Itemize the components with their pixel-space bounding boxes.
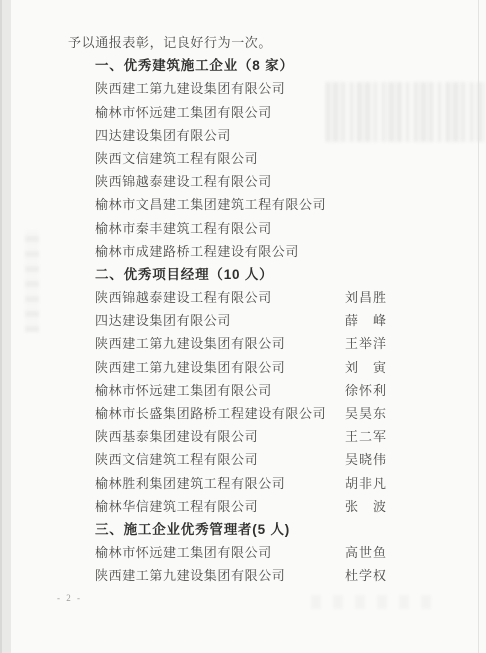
section-heading: 二、优秀项目经理（10 人） [68,263,480,286]
award-row: 榆林市怀远建工集团有限公司 [68,101,480,124]
person-name: 刘 寅 [345,356,387,379]
company-name: 榆林市文昌建工集团建筑工程有限公司 [95,193,345,216]
intro-text: 予以通报表彰，记良好行为一次。 [68,31,480,54]
company-name: 陕西建工第九建设集团有限公司 [95,77,345,100]
person-name: 吴昊东 [345,402,387,425]
company-name: 陕西建工第九建设集团有限公司 [95,332,345,355]
section-heading: 一、优秀建筑施工企业（8 家） [68,54,480,77]
award-row: 榆林华信建筑工程有限公司张 波 [68,495,480,518]
company-name: 榆林市怀远建工集团有限公司 [95,379,345,402]
sections: 一、优秀建筑施工企业（8 家） 陕西建工第九建设集团有限公司 榆林市怀远建工集团… [68,54,480,587]
section-heading: 三、施工企业优秀管理者(5 人) [68,518,480,541]
award-row: 榆林胜利集团建筑工程有限公司胡非凡 [68,472,480,495]
person-name: 吴晓伟 [345,448,387,471]
page-content: 予以通报表彰，记良好行为一次。 一、优秀建筑施工企业（8 家） 陕西建工第九建设… [68,31,480,588]
company-name: 榆林市秦丰建筑工程有限公司 [95,217,345,240]
company-name: 榆林市怀远建工集团有限公司 [95,541,345,564]
page-right-edge [478,0,479,653]
award-row: 榆林市长盛集团路桥工程建设有限公司吴昊东 [68,402,480,425]
person-name: 张 波 [345,495,387,518]
award-row: 陕西锦越泰建设工程有限公司刘昌胜 [68,286,480,309]
company-name: 榆林胜利集团建筑工程有限公司 [95,472,345,495]
award-row: 陕西建工第九建设集团有限公司刘 寅 [68,356,480,379]
person-name: 高世鱼 [345,541,387,564]
award-row: 榆林市文昌建工集团建筑工程有限公司 [68,193,480,216]
company-name: 陕西锦越泰建设工程有限公司 [95,170,345,193]
company-name: 陕西文信建筑工程有限公司 [95,448,345,471]
company-name: 陕西基泰集团建设有限公司 [95,425,345,448]
company-name: 四达建设集团有限公司 [95,124,345,147]
document-page: 予以通报表彰，记良好行为一次。 一、优秀建筑施工企业（8 家） 陕西建工第九建设… [11,0,486,653]
award-row: 陕西建工第九建设集团有限公司 [68,77,480,100]
company-name: 陕西文信建筑工程有限公司 [95,147,345,170]
scanned-document-screenshot: 予以通报表彰，记良好行为一次。 一、优秀建筑施工企业（8 家） 陕西建工第九建设… [0,0,486,653]
award-row: 榆林市成建路桥工程建设有限公司 [68,240,480,263]
award-row: 陕西锦越泰建设工程有限公司 [68,170,480,193]
award-row: 陕西建工第九建设集团有限公司王举洋 [68,332,480,355]
award-row: 榆林市怀远建工集团有限公司高世鱼 [68,541,480,564]
award-row: 陕西基泰集团建设有限公司王二军 [68,425,480,448]
company-name: 榆林华信建筑工程有限公司 [95,495,345,518]
award-row: 陕西文信建筑工程有限公司 [68,147,480,170]
person-name: 胡非凡 [345,472,387,495]
company-name: 榆林市成建路桥工程建设有限公司 [95,240,345,263]
person-name: 薛 峰 [345,309,387,332]
award-row: 四达建设集团有限公司 [68,124,480,147]
company-name: 四达建设集团有限公司 [95,309,345,332]
award-row: 四达建设集团有限公司薛 峰 [68,309,480,332]
company-name: 榆林市长盛集团路桥工程建设有限公司 [95,402,345,425]
company-name: 陕西锦越泰建设工程有限公司 [95,286,345,309]
award-row: 榆林市秦丰建筑工程有限公司 [68,217,480,240]
person-name: 王举洋 [345,332,387,355]
person-name: 徐怀利 [345,379,387,402]
ink-bleed-artifact [25,230,39,332]
page-number: - 2 - [57,593,82,603]
award-row: 陕西文信建筑工程有限公司吴晓伟 [68,448,480,471]
person-name: 刘昌胜 [345,286,387,309]
company-name: 陕西建工第九建设集团有限公司 [95,564,345,587]
person-name: 王二军 [345,425,387,448]
award-row: 陕西建工第九建设集团有限公司杜学权 [68,564,480,587]
company-name: 榆林市怀远建工集团有限公司 [95,101,345,124]
person-name: 杜学权 [345,564,387,587]
award-row: 榆林市怀远建工集团有限公司徐怀利 [68,379,480,402]
ink-bleed-artifact [311,595,431,609]
company-name: 陕西建工第九建设集团有限公司 [95,356,345,379]
